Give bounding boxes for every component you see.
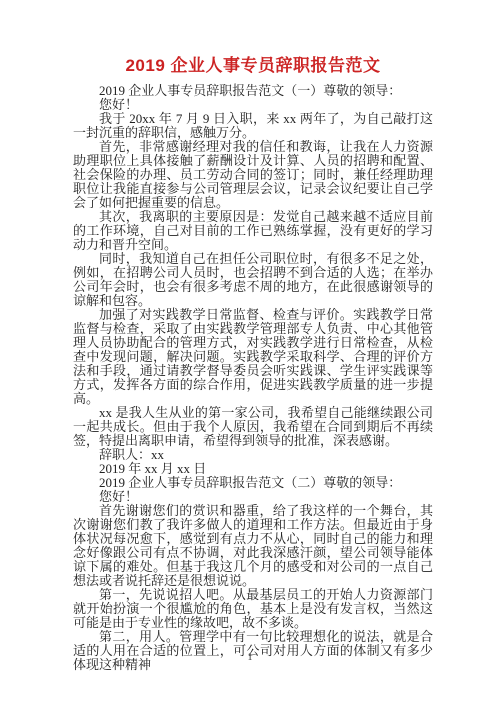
paragraph: 首先，非常感谢经理对我的信任和教诲，让我在人力资源助理职位上具体接触了薪酬设计及…: [73, 140, 433, 210]
paragraph: 其次，我离职的主要原因是：发觉自己越来越不适应目前的工作环境，自己对目前的工作已…: [73, 210, 433, 252]
paragraph: 同时，我知道自己在担任公司职位时，有很多不足之处，例如，在招聘公司人员时，也会招…: [73, 252, 433, 308]
document-page: 2019 企业人事专员辞职报告范文 2019 企业人事专员辞职报告范文（一）尊敬…: [0, 0, 500, 707]
paragraph: 加强了对实践教学日常监督、检查与评价。实践教学日常监督与检查，采取了由实践教学管…: [73, 308, 433, 406]
paragraph: 第二，用人。管理学中有一句比较理想化的说法，就是合适的人用在合适的位置上，可公司…: [73, 630, 433, 672]
date-line: 2019 年 xx 月 xx 日: [73, 462, 433, 476]
paragraph: xx 是我人生从业的第一家公司，我希望自己能继续跟公司一起共成长。但由于我个人原…: [73, 406, 433, 448]
document-body: 2019 企业人事专员辞职报告范文（一）尊敬的领导： 您好！ 我于 20xx 年…: [73, 84, 433, 672]
document-title: 2019 企业人事专员辞职报告范文: [73, 54, 433, 77]
salutation: 您好！: [73, 490, 433, 504]
salutation: 您好！: [73, 98, 433, 112]
paragraph: 首先谢谢您们的赏识和器重，给了我这样的一个舞台，其次谢谢您们教了我许多做人的道理…: [73, 504, 433, 588]
paragraph: 第一，先说说招人吧。从最基层员工的开始人力资源部门就开始扮演一个很尴尬的角色，基…: [73, 588, 433, 630]
page-number: 1: [0, 652, 500, 663]
section-heading: 2019 企业人事专员辞职报告范文（二）尊敬的领导：: [73, 476, 433, 490]
signature-line: 辞职人：xx: [73, 448, 433, 462]
paragraph: 我于 20xx 年 7 月 9 日入职，来 xx 两年了，为自己敲打这一封沉重的…: [73, 112, 433, 140]
section-heading: 2019 企业人事专员辞职报告范文（一）尊敬的领导：: [73, 84, 433, 98]
